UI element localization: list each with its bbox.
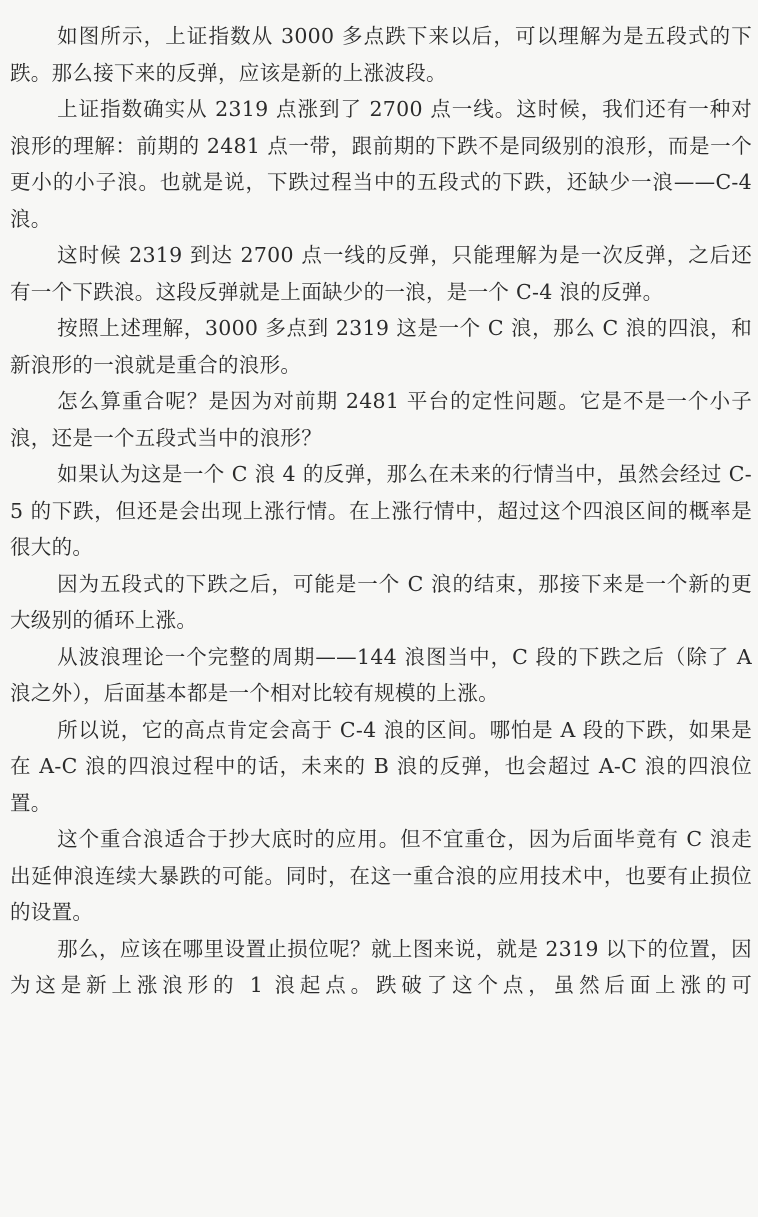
paragraph-4: 按照上述理解，3000 多点到 2319 这是一个 C 浪，那么 C 浪的四浪，… — [10, 310, 752, 383]
paragraph-9: 所以说，它的高点肯定会高于 C-4 浪的区间。哪怕是 A 段的下跌，如果是在 A… — [10, 712, 752, 822]
paragraph-8: 从波浪理论一个完整的周期——144 浪图当中，C 段的下跌之后（除了 A 浪之外… — [10, 639, 752, 712]
paragraph-7: 因为五段式的下跌之后，可能是一个 C 浪的结束，那接下来是一个新的更大级别的循环… — [10, 566, 752, 639]
paragraph-3: 这时候 2319 到达 2700 点一线的反弹，只能理解为是一次反弹，之后还有一… — [10, 237, 752, 310]
paragraph-10: 这个重合浪适合于抄大底时的应用。但不宜重仓，因为后面毕竟有 C 浪走出延伸浪连续… — [10, 821, 752, 931]
paragraph-1: 如图所示，上证指数从 3000 多点跌下来以后，可以理解为是五段式的下跌。那么接… — [10, 18, 752, 91]
document-page: 如图所示，上证指数从 3000 多点跌下来以后，可以理解为是五段式的下跌。那么接… — [10, 18, 752, 1004]
paragraph-2: 上证指数确实从 2319 点涨到了 2700 点一线。这时候，我们还有一种对浪形… — [10, 91, 752, 237]
paragraph-11: 那么，应该在哪里设置止损位呢？就上图来说，就是 2319 以下的位置，因为这是新… — [10, 931, 752, 1004]
paragraph-5: 怎么算重合呢？是因为对前期 2481 平台的定性问题。它是不是一个小子浪，还是一… — [10, 383, 752, 456]
paragraph-6: 如果认为这是一个 C 浪 4 的反弹，那么在未来的行情当中，虽然会经过 C-5 … — [10, 456, 752, 566]
